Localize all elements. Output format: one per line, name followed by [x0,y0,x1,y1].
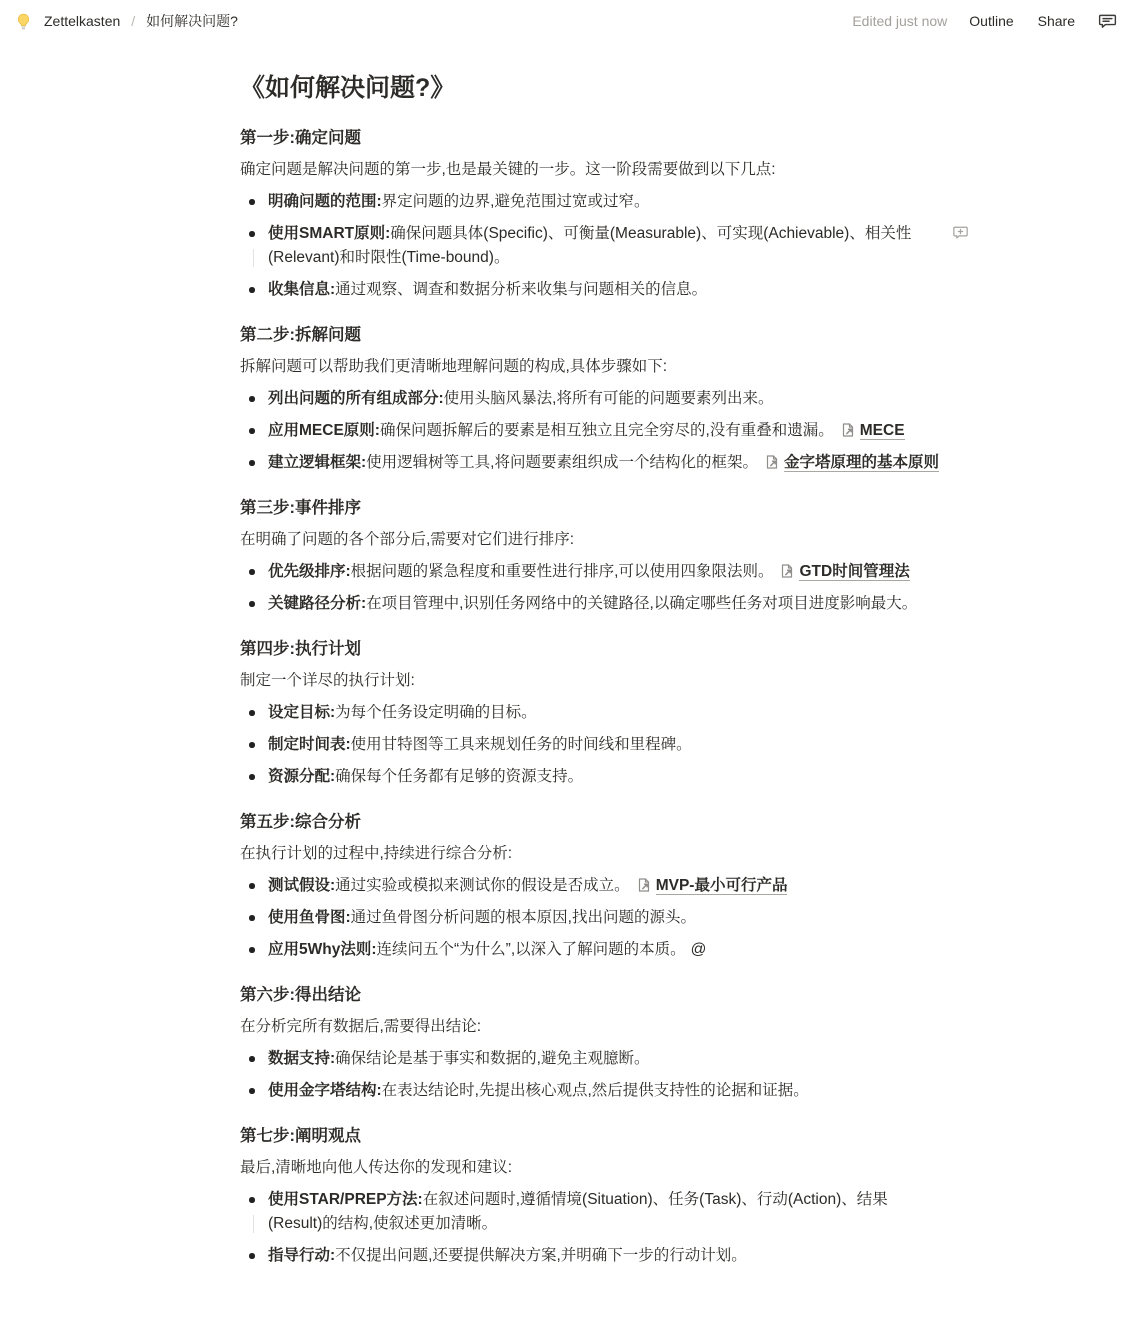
bullet-label: 应用5Why法则: [268,941,377,958]
bullet-list: 设定目标:为每个任务设定明确的目标。 制定时间表:使用甘特图等工具来规划任务的时… [240,701,940,789]
list-item: 使用STAR/PREP方法:在叙述问题时,遵循情境(Situation)、任务(… [240,1188,940,1236]
bullet-label: 应用MECE原则: [268,422,380,439]
list-item: 明确问题的范围:界定问题的边界,避免范围过宽或过窄。 [240,190,940,214]
bullet-label: 使用金字塔结构: [268,1082,382,1099]
bullet-label: 数据支持: [268,1050,335,1067]
breadcrumb-separator: / [131,13,135,29]
section-heading: 第一步:确定问题 [240,126,940,150]
list-item: 应用MECE原则:确保问题拆解后的要素是相互独立且完全穷尽的,没有重叠和遗漏。M… [240,419,940,443]
bullet-text: 为每个任务设定明确的目标。 [335,704,537,721]
section-heading: 第五步:综合分析 [240,810,940,834]
list-item: 应用5Why法则:连续问五个“为什么”,以深入了解问题的本质。@ [240,938,940,962]
bullet-label: 收集信息: [268,281,335,298]
page-link[interactable]: MECE [860,422,905,440]
bullet-list: 优先级排序:根据问题的紧急程度和重要性进行排序,可以使用四象限法则。GTD时间管… [240,560,940,616]
section-step5: 第五步:综合分析 在执行计划的过程中,持续进行综合分析: 测试假设:通过实验或模… [240,810,940,962]
bullet-label: 使用STAR/PREP方法: [268,1191,423,1208]
bullet-text: 使用甘特图等工具来规划任务的时间线和里程碑。 [351,736,692,753]
section-heading: 第二步:拆解问题 [240,323,940,347]
bullet-text: 不仅提出问题,还要提供解决方案,并明确下一步的行动计划。 [335,1247,747,1264]
breadcrumb-root[interactable]: Zettelkasten [42,11,122,31]
page-link-icon [779,563,795,579]
document: 《如何解决问题?》 第一步:确定问题 确定问题是解决问题的第一步,也是最关键的一… [240,42,940,1268]
bullet-text: 在项目管理中,识别任务网络中的关键路径,以确定哪些任务对项目进度影响最大。 [366,595,917,612]
list-item: 使用鱼骨图:通过鱼骨图分析问题的根本原因,找出问题的源头。 [240,906,940,930]
section-heading: 第三步:事件排序 [240,496,940,520]
bullet-text: 确保每个任务都有足够的资源支持。 [335,768,583,785]
section-heading: 第六步:得出结论 [240,983,940,1007]
section-intro: 最后,清晰地向他人传达你的发现和建议: [240,1156,940,1180]
section-intro: 在明确了问题的各个部分后,需要对它们进行排序: [240,528,940,552]
topbar-actions: Edited just now Outline Share [852,11,1118,32]
bullet-label: 关键路径分析: [268,595,366,612]
bullet-label: 制定时间表: [268,736,351,753]
bullet-text: 确保问题拆解后的要素是相互独立且完全穷尽的,没有重叠和遗漏。 [380,422,834,439]
bullet-label: 明确问题的范围: [268,193,382,210]
list-item: 设定目标:为每个任务设定明确的目标。 [240,701,940,725]
bullet-text: 界定问题的边界,避免范围过宽或过窄。 [382,193,650,210]
section-step1: 第一步:确定问题 确定问题是解决问题的第一步,也是最关键的一步。这一阶段需要做到… [240,126,940,302]
edited-status: Edited just now [852,13,947,29]
page-mention[interactable]: GTD时间管理法 [773,563,909,580]
bullet-text: 通过观察、调查和数据分析来收集与问题相关的信息。 [335,281,707,298]
bullet-label: 资源分配: [268,768,335,785]
list-item: 建立逻辑框架:使用逻辑树等工具,将问题要素组织成一个结构化的框架。金字塔原理的基… [240,451,940,475]
section-intro: 制定一个详尽的执行计划: [240,669,940,693]
share-button[interactable]: Share [1036,11,1077,31]
bullet-list: 列出问题的所有组成部分:使用头脑风暴法,将所有可能的问题要素列出来。 应用MEC… [240,387,940,475]
add-comment-icon[interactable] [951,223,970,250]
section-heading: 第四步:执行计划 [240,637,940,661]
list-item: 资源分配:确保每个任务都有足够的资源支持。 [240,765,940,789]
list-item: 优先级排序:根据问题的紧急程度和重要性进行排序,可以使用四象限法则。GTD时间管… [240,560,940,584]
bullet-text: 通过鱼骨图分析问题的根本原因,找出问题的源头。 [351,909,696,926]
page-link[interactable]: MVP-最小可行产品 [656,877,788,895]
section-intro: 在分析完所有数据后,需要得出结论: [240,1015,940,1039]
bullet-label: 列出问题的所有组成部分: [268,390,444,407]
bullet-label: 使用SMART原则: [268,225,390,242]
bullet-text: 使用头脑风暴法,将所有可能的问题要素列出来。 [444,390,774,407]
section-step6: 第六步:得出结论 在分析完所有数据后,需要得出结论: 数据支持:确保结论是基于事… [240,983,940,1103]
bullet-list: 明确问题的范围:界定问题的边界,避免范围过宽或过窄。 使用SMART原则:确保问… [240,190,940,302]
page-link[interactable]: GTD时间管理法 [799,563,909,581]
bullet-text: 连续问五个“为什么”,以深入了解问题的本质。 [377,941,686,958]
lightbulb-emoji [14,12,33,31]
section-heading: 第七步:阐明观点 [240,1124,940,1148]
page-mention[interactable]: MVP-最小可行产品 [630,877,788,894]
section-intro: 在执行计划的过程中,持续进行综合分析: [240,842,940,866]
list-item: 关键路径分析:在项目管理中,识别任务网络中的关键路径,以确定哪些任务对项目进度影… [240,592,940,616]
section-step3: 第三步:事件排序 在明确了问题的各个部分后,需要对它们进行排序: 优先级排序:根… [240,496,940,616]
bullet-label: 使用鱼骨图: [268,909,351,926]
list-item: 测试假设:通过实验或模拟来测试你的假设是否成立。MVP-最小可行产品 [240,874,940,898]
section-step4: 第四步:执行计划 制定一个详尽的执行计划: 设定目标:为每个任务设定明确的目标。… [240,637,940,789]
list-item: 数据支持:确保结论是基于事实和数据的,避免主观臆断。 [240,1047,940,1071]
bullet-text: 确保结论是基于事实和数据的,避免主观臆断。 [335,1050,649,1067]
page-link-icon [840,422,856,438]
top-bar: Zettelkasten / 如何解决问题? Edited just now O… [0,0,1134,42]
outline-button[interactable]: Outline [967,11,1015,31]
section-step2: 第二步:拆解问题 拆解问题可以帮助我们更清晰地理解问题的构成,具体步骤如下: 列… [240,323,940,475]
section-intro: 拆解问题可以帮助我们更清晰地理解问题的构成,具体步骤如下: [240,355,940,379]
list-item: 使用金字塔结构:在表达结论时,先提出核心观点,然后提供支持性的论据和证据。 [240,1079,940,1103]
section-intro: 确定问题是解决问题的第一步,也是最关键的一步。这一阶段需要做到以下几点: [240,158,940,182]
bullet-list: 数据支持:确保结论是基于事实和数据的,避免主观臆断。 使用金字塔结构:在表达结论… [240,1047,940,1103]
list-item: 收集信息:通过观察、调查和数据分析来收集与问题相关的信息。 [240,278,940,302]
page-title: 《如何解决问题?》 [240,72,940,105]
page-mention[interactable]: 金字塔原理的基本原则 [758,454,939,471]
bullet-list: 测试假设:通过实验或模拟来测试你的假设是否成立。MVP-最小可行产品 使用鱼骨图… [240,874,940,962]
bullet-text: 在表达结论时,先提出核心观点,然后提供支持性的论据和证据。 [382,1082,809,1099]
bullet-text: 使用逻辑树等工具,将问题要素组织成一个结构化的框架。 [366,454,758,471]
page-mention[interactable]: MECE [834,422,905,439]
bullet-label: 建立逻辑框架: [268,454,366,471]
bullet-text: 根据问题的紧急程度和重要性进行排序,可以使用四象限法则。 [351,563,774,580]
mention-trigger: @ [691,941,707,958]
breadcrumb: Zettelkasten / 如何解决问题? [14,9,240,33]
list-item: 指导行动:不仅提出问题,还要提供解决方案,并明确下一步的行动计划。 [240,1244,940,1268]
bullet-label: 优先级排序: [268,563,351,580]
list-item: 列出问题的所有组成部分:使用头脑风暴法,将所有可能的问题要素列出来。 [240,387,940,411]
list-item: 使用SMART原则:确保问题具体(Specific)、可衡量(Measurabl… [240,222,940,270]
bullet-text: 通过实验或模拟来测试你的假设是否成立。 [335,877,630,894]
bullet-label: 指导行动: [268,1247,335,1264]
page-link-icon [764,454,780,470]
breadcrumb-current[interactable]: 如何解决问题? [144,9,240,33]
comment-icon[interactable] [1097,11,1118,32]
list-item: 制定时间表:使用甘特图等工具来规划任务的时间线和里程碑。 [240,733,940,757]
bullet-label: 设定目标: [268,704,335,721]
bullet-list: 使用STAR/PREP方法:在叙述问题时,遵循情境(Situation)、任务(… [240,1188,940,1268]
bullet-label: 测试假设: [268,877,335,894]
page-link[interactable]: 金字塔原理的基本原则 [784,454,939,472]
section-step7: 第七步:阐明观点 最后,清晰地向他人传达你的发现和建议: 使用STAR/PREP… [240,1124,940,1268]
page-link-icon [636,877,652,893]
